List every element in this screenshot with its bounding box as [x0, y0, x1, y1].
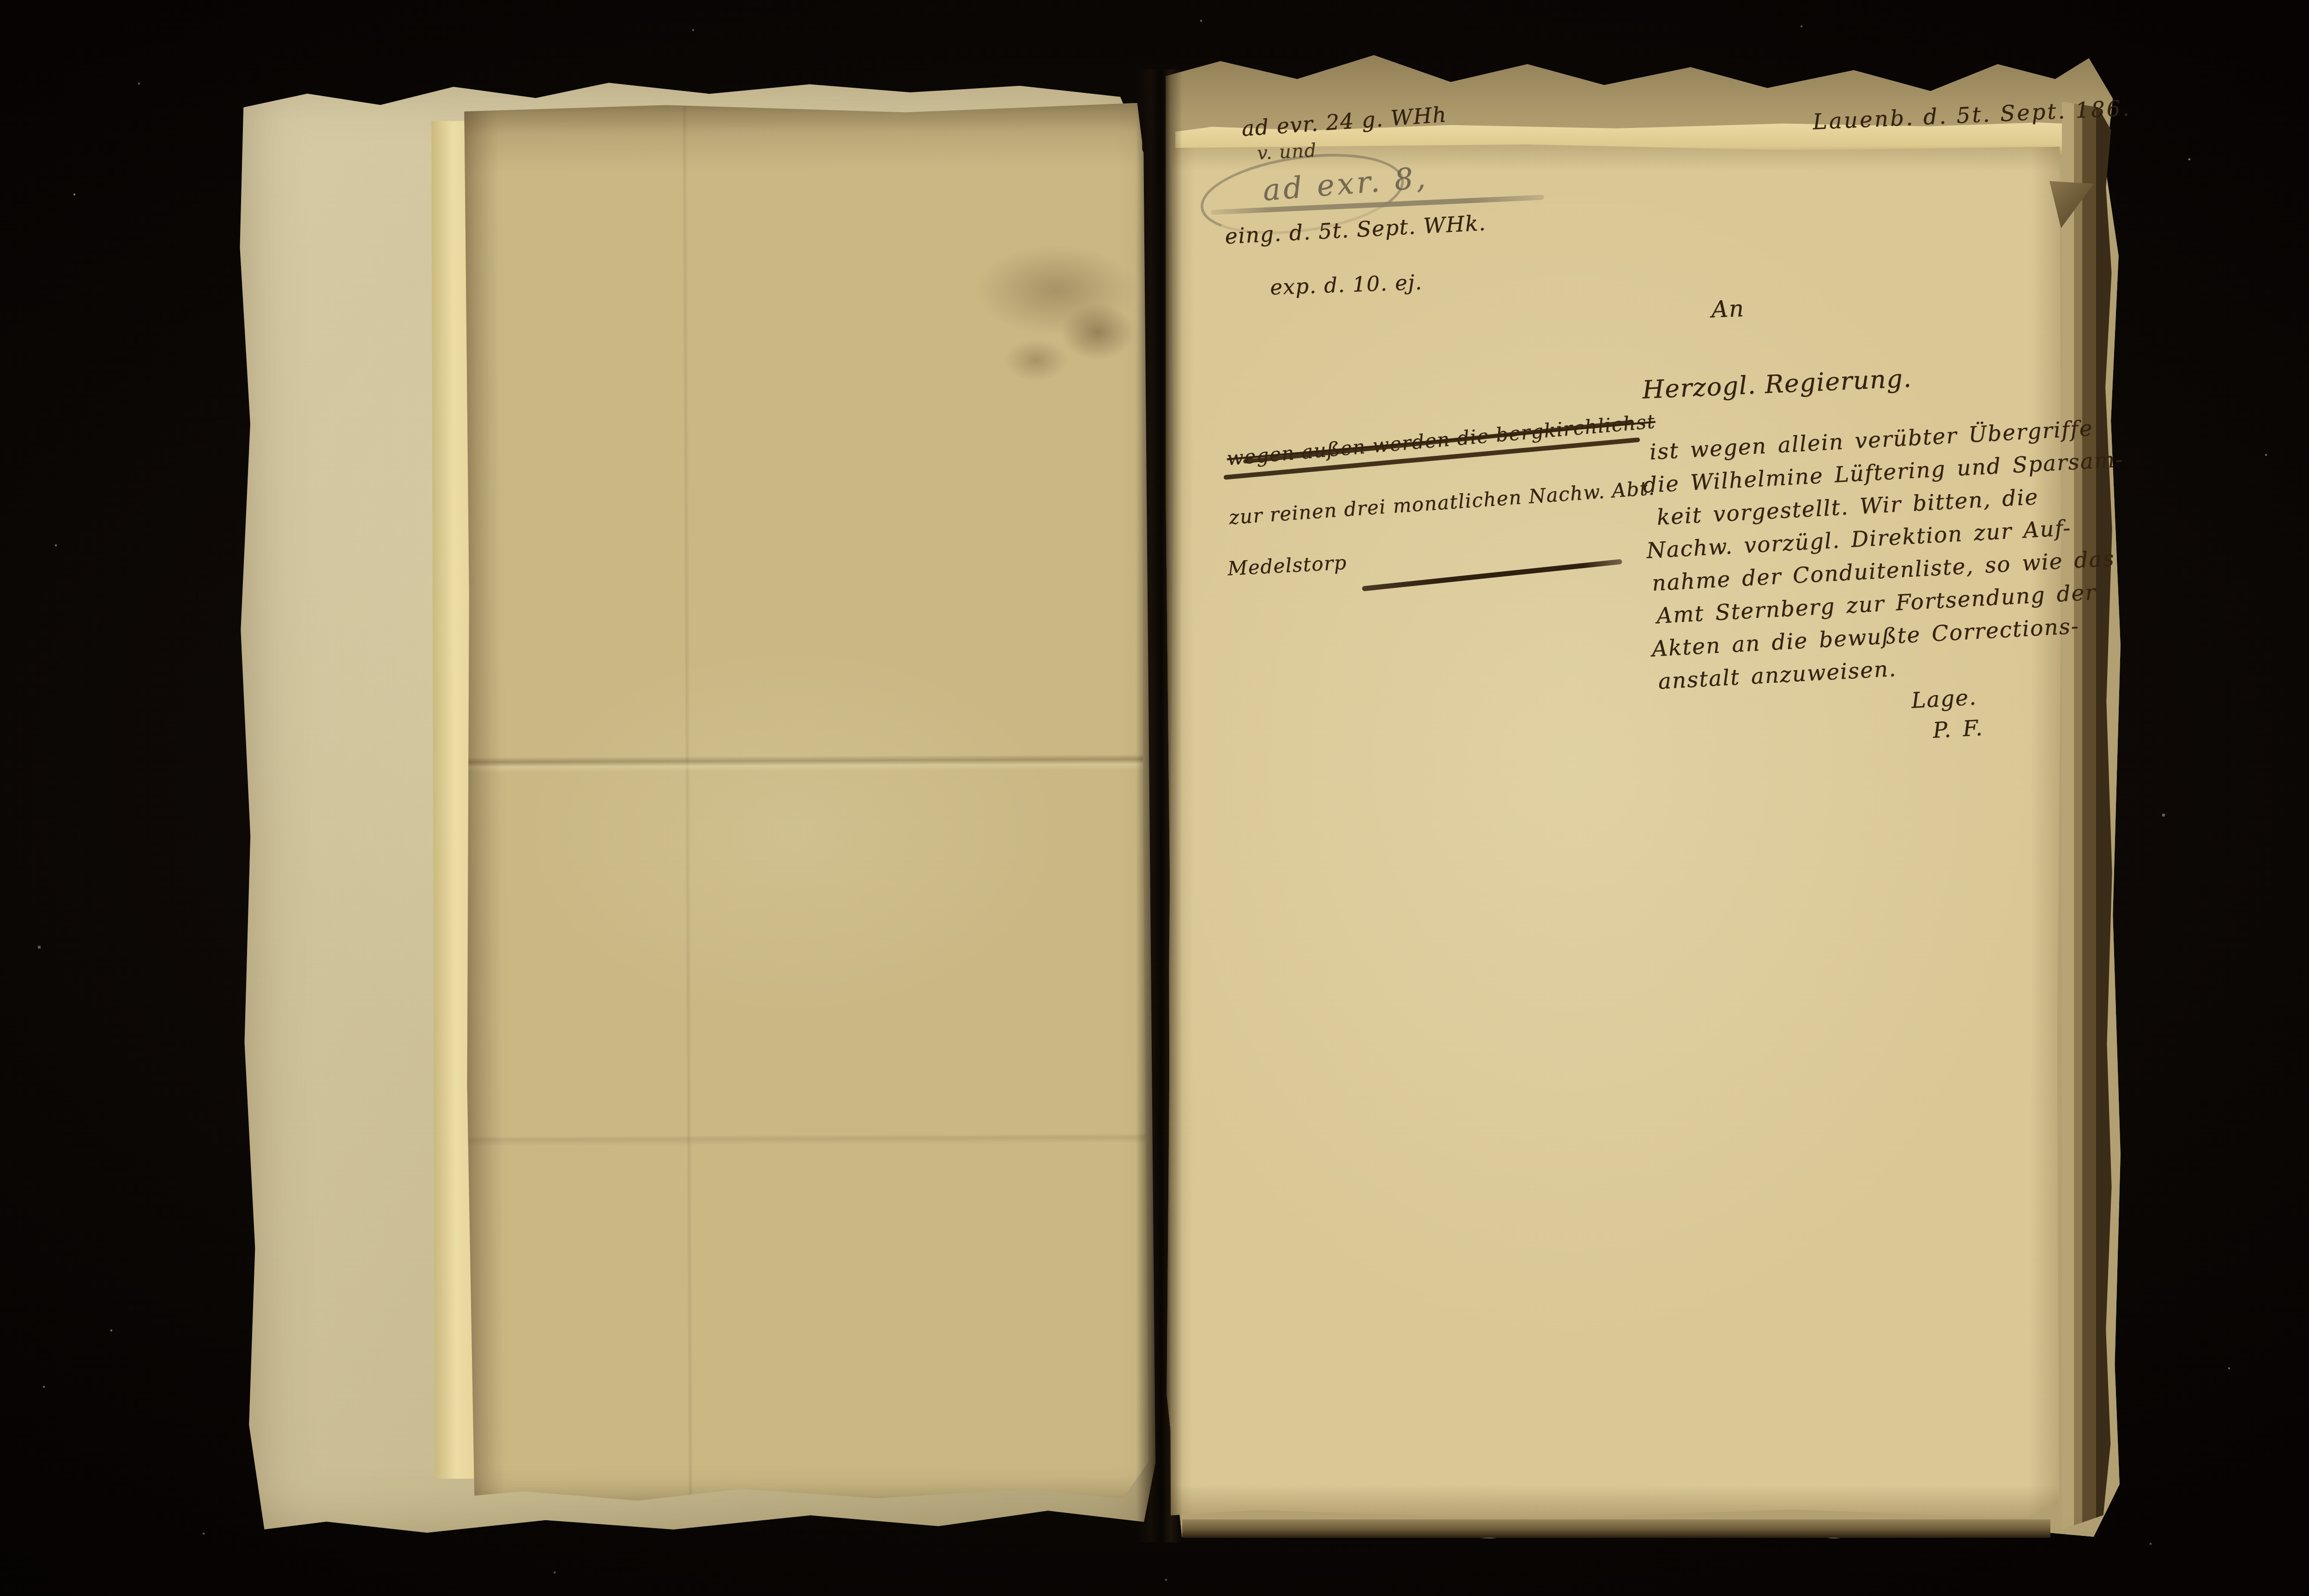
right-letter-page: [1167, 142, 2063, 1522]
spine-gutter-shadow: [1136, 69, 1182, 1542]
address-line-an: An: [1711, 295, 1745, 323]
page-edge-stack: [2062, 102, 2114, 1529]
dust-specks: [0, 0, 1, 1]
left-blank-page: [461, 100, 1150, 1507]
letter-body: ist wegen allein verübter Übergriffe die…: [1640, 407, 2193, 762]
bottom-page-edges: [1182, 1519, 2050, 1538]
wrapper-note-fragment: v. und: [1257, 140, 1318, 164]
photo-stage: ad evr. 24 g. WHh v. und ad exr. 8, eing…: [0, 0, 2309, 1596]
